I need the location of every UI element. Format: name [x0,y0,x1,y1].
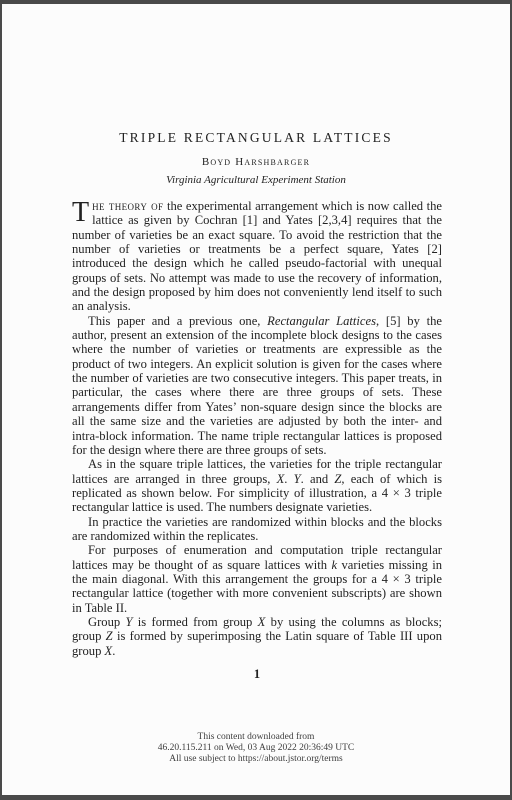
paragraph-1: The theory of the experimental arrangeme… [72,199,442,314]
paper-title: TRIPLE RECTANGULAR LATTICES [2,130,510,146]
paragraph-2: This paper and a previous one, Rectangul… [72,314,442,457]
paragraph-4: In practice the varieties are randomized… [72,515,442,544]
scanned-page: TRIPLE RECTANGULAR LATTICES Boyd Harshba… [0,0,512,800]
small-caps-lead: he theory of [92,199,163,213]
page-number: 1 [72,667,442,681]
paper-affiliation: Virginia Agricultural Experiment Station [2,174,510,186]
paragraph-6: Group Y is formed from group X by using … [72,615,442,658]
footer-line-2: 46.20.115.211 on Wed, 03 Aug 2022 20:36:… [2,743,510,754]
footer-line-1: This content downloaded from [2,732,510,743]
paper-header: TRIPLE RECTANGULAR LATTICES Boyd Harshba… [2,4,510,186]
paragraph-5: For purposes of enumeration and computat… [72,543,442,615]
footer-line-3: All use subject to https://about.jstor.o… [2,754,510,765]
paper-author: Boyd Harshbarger [2,156,510,168]
drop-cap: T [72,199,92,225]
jstor-footer: This content downloaded from 46.20.115.2… [2,732,510,766]
paragraph-3: As in the square triple lattices, the va… [72,457,442,514]
paper-body: The theory of the experimental arrangeme… [72,199,442,681]
paragraph-1-text: the experimental arrangement which is no… [72,199,442,313]
